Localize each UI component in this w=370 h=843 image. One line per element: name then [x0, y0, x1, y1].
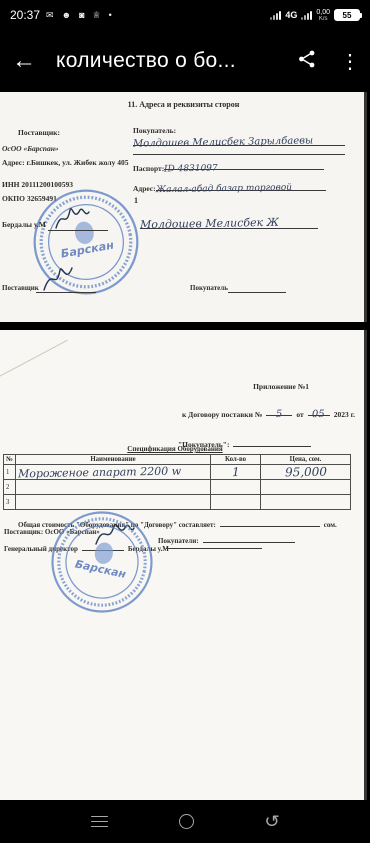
col-qty: Кол-во — [211, 455, 261, 465]
row2-no: 2 — [4, 480, 16, 495]
document-page-1[interactable]: 11. Адреса и реквизиты сторон Поставщик:… — [0, 92, 367, 322]
buyer-address-label: Адрес: — [133, 184, 156, 193]
table-header-row: № Наименование Кол-во Цена, сом. — [4, 455, 351, 465]
document-page-2[interactable]: Приложение №1 к Договору поставки № 5 от… — [0, 330, 367, 800]
supplier-sign-label: Поставщик — [2, 284, 39, 292]
supplier-signature — [40, 264, 80, 294]
passport-label: Паспорт: — [133, 164, 164, 173]
row1-name-handwriting: Мороженое апарат 2200 w — [18, 465, 181, 480]
buyer-name-handwriting: Молдошев Мелисбек Зарылбаевы — [133, 135, 313, 149]
share-icon — [297, 49, 317, 69]
supplier-label: Поставщик: — [18, 128, 60, 137]
doc1-section-title: 11. Адреса и реквизиты сторон — [0, 100, 367, 109]
dot-icon: • — [109, 10, 114, 20]
contract-date-handwriting: 05 — [312, 409, 325, 420]
recents-button[interactable] — [91, 816, 108, 828]
supplier-inn: ИНН 20111200100593 — [2, 180, 73, 189]
director-name: Бердалы у.М — [2, 220, 46, 229]
navigation-bar: ↺ — [0, 800, 370, 843]
row1-price-handwriting: 95,000 — [284, 465, 326, 480]
row1-no: 1 — [4, 465, 16, 480]
spec-table-caption: Спецификация Оборудования — [60, 445, 290, 453]
col-name: Наименование — [16, 455, 211, 465]
network-type: 4G — [285, 11, 297, 20]
signal-bars2-icon — [301, 10, 312, 20]
phone-screen: 20:37 ✉ ☻ ◙ ♕ • 4G 0,00 K/s 55 ← количес… — [0, 0, 370, 843]
table-row: 2 — [4, 480, 351, 495]
signal-bars-icon — [270, 10, 281, 20]
clock: 20:37 — [10, 8, 40, 22]
annex-title: Приложение №1 — [253, 382, 309, 391]
contract-year-text: 2023 г. — [334, 410, 355, 419]
buyers-label: Покупатели: — [158, 537, 199, 545]
contract-reference: к Договору поставки № 5 от 05 2023 г. — [182, 404, 355, 422]
app-bar: ← количество о бо... ⋮ — [0, 30, 370, 92]
paper-fold — [0, 340, 68, 378]
contract-no-handwriting: 5 — [276, 409, 283, 420]
crown-icon: ♕ — [93, 10, 103, 21]
share-button[interactable] — [284, 49, 330, 74]
page-title: количество о бо... — [48, 49, 284, 73]
buyer-address-handwriting: Жалал-абад базар торговой — [156, 183, 292, 195]
buyer-sign-line — [228, 292, 286, 293]
table-row: 1 Мороженое апарат 2200 w 1 95,000 — [4, 465, 351, 480]
back-button[interactable]: ← — [0, 49, 48, 73]
data-rate: 0,00 K/s — [316, 9, 330, 22]
col-number: № — [4, 455, 16, 465]
status-bar: 20:37 ✉ ☻ ◙ ♕ • 4G 0,00 K/s 55 — [0, 0, 370, 30]
specification-table: № Наименование Кол-во Цена, сом. 1 Морож… — [3, 454, 351, 510]
contract-from-text: от — [296, 410, 303, 419]
data-rate-value: 0,00 — [316, 9, 330, 16]
overflow-menu-button[interactable]: ⋮ — [330, 49, 370, 74]
data-rate-unit: K/s — [319, 16, 328, 22]
row1-qty-handwriting: 1 — [232, 465, 240, 479]
passport-handwriting: ID 4831097 — [164, 164, 218, 175]
buyer-sign-label: Покупатель — [190, 284, 228, 292]
table-row: 3 — [4, 495, 351, 510]
col-price: Цена, сом. — [261, 455, 351, 465]
page-separator — [0, 322, 370, 330]
director-signature — [52, 204, 92, 232]
supplier-address: Адрес: г.Бишкек, ул. Жибек жолу 405 — [2, 158, 132, 167]
battery-icon: 55 — [334, 9, 360, 21]
buyers-line2 — [166, 548, 262, 549]
messenger-icon: ✉ — [46, 10, 56, 21]
app-icon: ◙ — [79, 10, 86, 20]
nav-back-button[interactable]: ↺ — [264, 813, 280, 830]
supplier-company: ОсОО «Барспан» — [2, 144, 59, 153]
buyer-signature-handwriting: Молдошев Мелисбек Ж — [140, 216, 279, 231]
smiley-icon: ☻ — [62, 10, 73, 20]
row3-no: 3 — [4, 495, 16, 510]
home-button[interactable] — [179, 814, 194, 829]
blank-line — [133, 154, 345, 155]
total-suffix: сом. — [324, 521, 337, 529]
contract-pre-text: к Договору поставки № — [182, 410, 262, 419]
company-stamp-2: Барскан — [38, 498, 166, 626]
